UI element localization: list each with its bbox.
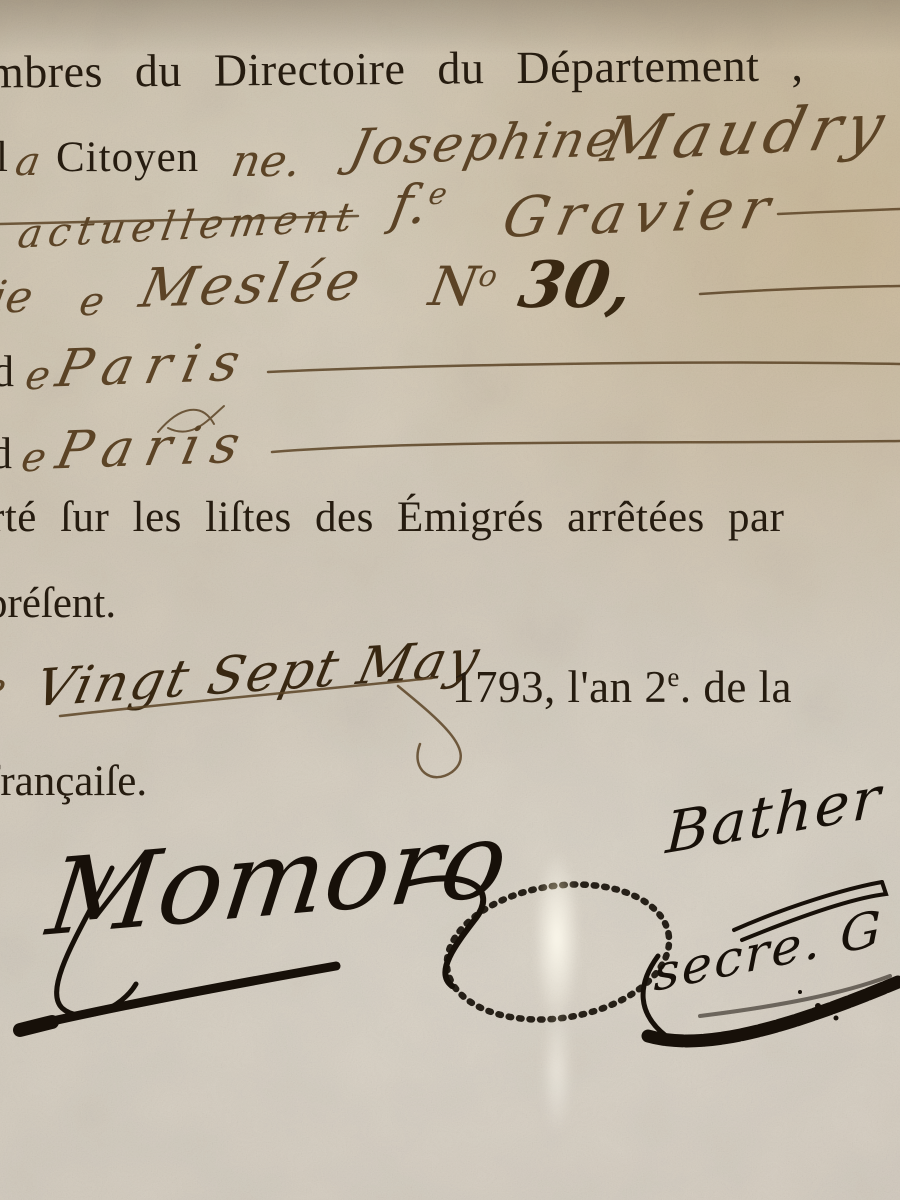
handwritten-article-a: a [12, 142, 43, 182]
handwritten-paris-2: Paris [52, 419, 257, 478]
handwritten-e-edge: e [0, 668, 9, 708]
handwritten-ie: ie [0, 276, 36, 320]
ink-dot-3 [798, 990, 802, 994]
signature-right-title: secre. G [653, 903, 882, 999]
handwritten-first-name: Josephine [346, 113, 624, 172]
printed-year-line: 1793, l'an 2e. de la [452, 664, 792, 710]
printed-d1: d [0, 350, 14, 394]
signature-right-name: Bather [665, 768, 884, 862]
handwritten-last-name: Maudry [597, 95, 896, 172]
handwritten-numero: No [425, 260, 500, 314]
momoro-underline [22, 966, 336, 1028]
year-end: . de la [680, 662, 792, 712]
year-sup: e [667, 662, 679, 692]
rule-paris-2 [272, 441, 900, 452]
handwritten-paris-1: Paris [52, 337, 257, 396]
document-photo: mbres du Directoire du Département , l a… [0, 0, 900, 1200]
printed-line-departement: mbres du Directoire du Département , [0, 42, 804, 95]
year-main: 1793, l'an 2 [452, 662, 667, 712]
light-glare [534, 852, 580, 1024]
ink-dot-1 [815, 1003, 821, 1009]
handwritten-meslee: Meslée [135, 254, 369, 316]
handwritten-actuellement: actuellement [15, 197, 361, 255]
rule-after-gravier [778, 209, 900, 214]
handwritten-gravier: Gravier [498, 181, 783, 246]
light-glare-faint [542, 1005, 572, 1135]
handwritten-e2: e [22, 356, 53, 396]
handwritten-number-30: 30, [514, 254, 637, 318]
printed-d2: d [0, 432, 12, 476]
numero-letter: N [425, 255, 483, 318]
printed-line-emigres: rté ſur les liſtes des Émigrés arrêtées … [0, 496, 784, 539]
handwritten-ne-suffix: ne. [228, 140, 304, 184]
printed-citoyen: Citoyen [56, 136, 199, 179]
momoro-underline-blob [20, 1022, 52, 1030]
printed-line-francaise: françaiſe. [0, 760, 147, 803]
ink-dot-2 [834, 1016, 839, 1021]
handwritten-date: Vingt Sept May [31, 633, 486, 715]
handwritten-e1: e [76, 282, 107, 322]
printed-line-present: préſent. [0, 582, 116, 625]
handwritten-e3: e [18, 438, 49, 478]
signature-momoro: Momoro [42, 807, 513, 952]
printed-citoyen-prefix: l [0, 136, 8, 179]
handwritten-abbr: f.e [387, 178, 449, 232]
rule-after-number [700, 286, 900, 294]
rule-paris-1 [268, 363, 900, 372]
